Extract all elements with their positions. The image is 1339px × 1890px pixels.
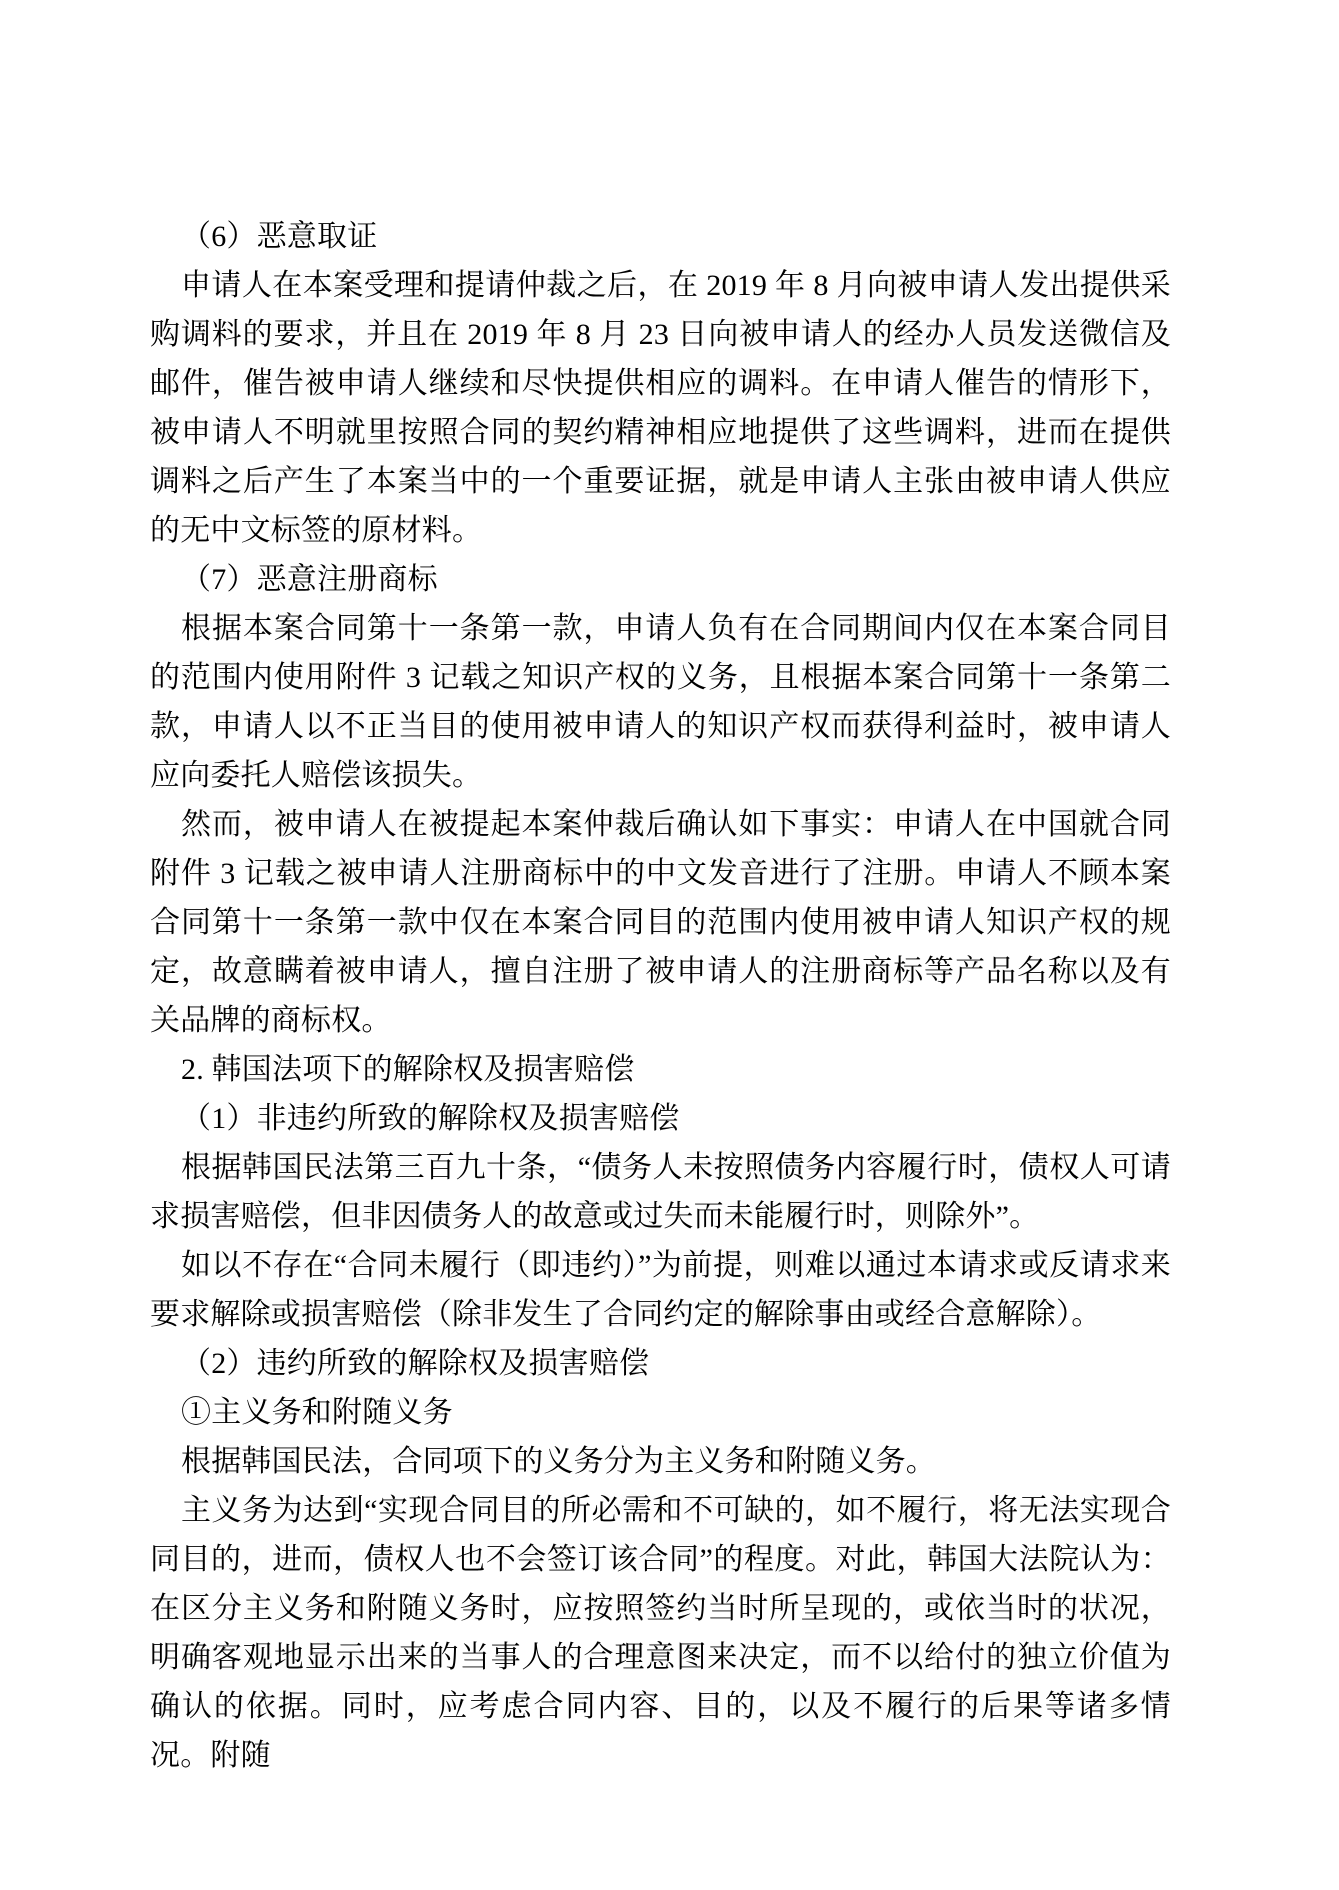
paragraph: 如以不存在“合同未履行（即违约）”为前提，则难以通过本请求或反请求来要求解除或损… [150,1241,1171,1339]
section-subheading-circled-1: ①主义务和附随义务 [150,1388,1171,1437]
section-subheading-7: （7）恶意注册商标 [150,555,1171,604]
document-body: （6）恶意取证 申请人在本案受理和提请仲裁之后，在 2019 年 8 月向被申请… [150,212,1171,1780]
paragraph: 根据韩国民法第三百九十条，“债务人未按照债务内容履行时，债权人可请求损害赔偿，但… [150,1143,1171,1241]
document-page: （6）恶意取证 申请人在本案受理和提请仲裁之后，在 2019 年 8 月向被申请… [0,0,1339,1890]
section-heading-2: 2. 韩国法项下的解除权及损害赔偿 [150,1045,1171,1094]
paragraph: 根据韩国民法，合同项下的义务分为主义务和附随义务。 [150,1437,1171,1486]
section-subheading-6: （6）恶意取证 [150,212,1171,261]
paragraph: 根据本案合同第十一条第一款，申请人负有在合同期间内仅在本案合同目的范围内使用附件… [150,604,1171,800]
section-subheading-1: （1）非违约所致的解除权及损害赔偿 [150,1094,1171,1143]
paragraph: 申请人在本案受理和提请仲裁之后，在 2019 年 8 月向被申请人发出提供采购调… [150,261,1171,555]
paragraph: 主义务为达到“实现合同目的所必需和不可缺的，如不履行，将无法实现合同目的，进而，… [150,1486,1171,1780]
paragraph: 然而，被申请人在被提起本案仲裁后确认如下事实：申请人在中国就合同附件 3 记载之… [150,800,1171,1045]
section-subheading-2: （2）违约所致的解除权及损害赔偿 [150,1339,1171,1388]
